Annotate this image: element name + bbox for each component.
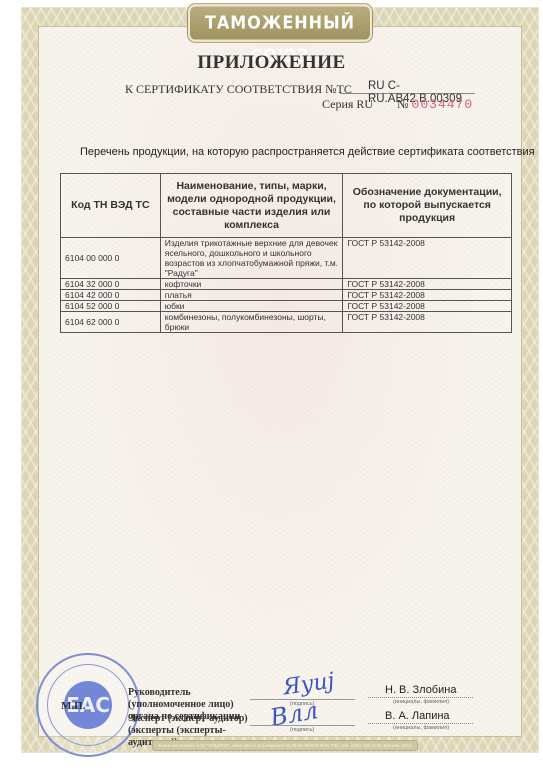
product-name: платья xyxy=(160,290,343,301)
series-label: Серия xyxy=(322,97,353,111)
product-name: юбки xyxy=(160,301,343,312)
head-signature-caption: (подпись) xyxy=(290,701,314,707)
product-standard: ГОСТ Р 53142-2008 xyxy=(343,312,512,333)
printer-footer-note: Бланк изготовлен ЗАО "ОПЦИОН", www.opcio… xyxy=(152,740,418,751)
product-name: комбинезоны, полукомбинезоны, шорты, брю… xyxy=(160,312,343,333)
seal-label: М.П. xyxy=(61,700,85,712)
serial-number: 0034470 xyxy=(412,97,474,112)
product-name: Изделия трикотажные верхние для девочек … xyxy=(160,238,343,279)
head-name-caption: (инициалы, фамилия) xyxy=(393,699,449,705)
product-name: кофточки xyxy=(160,279,343,290)
product-code: 6104 42 000 0 xyxy=(61,290,161,301)
expert-name-line xyxy=(368,723,473,724)
column-header-name: Наименование, типы, марки, модели одноро… xyxy=(160,174,343,238)
table-row: 6104 00 000 0Изделия трикотажные верхние… xyxy=(61,238,512,279)
product-list-caption: Перечень продукции, на которую распростр… xyxy=(80,146,535,158)
series-line: Серия RU № 0034470 xyxy=(322,97,473,112)
head-name: Н. В. Злобина xyxy=(385,684,456,696)
certificate-sheet xyxy=(22,8,538,752)
table-header-row: Код ТН ВЭД ТС Наименование, типы, марки,… xyxy=(61,174,512,238)
expert-name: В. А. Лапина xyxy=(385,710,450,722)
number-label: № xyxy=(397,97,408,111)
head-signature-line xyxy=(250,699,355,700)
product-table: Код ТН ВЭД ТС Наименование, типы, марки,… xyxy=(60,173,512,333)
expert-signature-line xyxy=(250,725,355,726)
product-standard: ГОСТ Р 53142-2008 xyxy=(343,290,512,301)
product-standard: ГОСТ Р 53142-2008 xyxy=(343,238,512,279)
expert-signature-caption: (подпись) xyxy=(290,727,314,733)
product-standard: ГОСТ Р 53142-2008 xyxy=(343,301,512,312)
certificate-number: RU C-RU.AB42.B.00309 xyxy=(340,80,475,94)
product-code: 6104 62 000 0 xyxy=(61,312,161,333)
table-row: 6104 32 000 0кофточкиГОСТ Р 53142-2008 xyxy=(61,279,512,290)
product-code: 6104 32 000 0 xyxy=(61,279,161,290)
table-row: 6104 62 000 0комбинезоны, полукомбинезон… xyxy=(61,312,512,333)
certification-seal-icon: EAC xyxy=(36,653,140,757)
product-standard: ГОСТ Р 53142-2008 xyxy=(343,279,512,290)
expert-name-caption: (инициалы, фамилия) xyxy=(393,725,449,731)
certificate-body xyxy=(38,26,522,737)
product-code: 6104 00 000 0 xyxy=(61,238,161,279)
series-value: RU xyxy=(356,97,373,111)
product-code: 6104 52 000 0 xyxy=(61,301,161,312)
column-header-code: Код ТН ВЭД ТС xyxy=(61,174,161,238)
head-name-line xyxy=(368,697,473,698)
certificate-label: К СЕРТИФИКАТУ СООТВЕТСТВИЯ №ТС xyxy=(125,82,352,97)
customs-union-badge: ТАМОЖЕННЫЙ СОЮЗ xyxy=(188,4,372,41)
column-header-standard: Обозначение документации, по которой вып… xyxy=(343,174,512,238)
table-row: 6104 42 000 0платьяГОСТ Р 53142-2008 xyxy=(61,290,512,301)
table-row: 6104 52 000 0юбкиГОСТ Р 53142-2008 xyxy=(61,301,512,312)
document-title: ПРИЛОЖЕНИЕ xyxy=(0,52,543,74)
